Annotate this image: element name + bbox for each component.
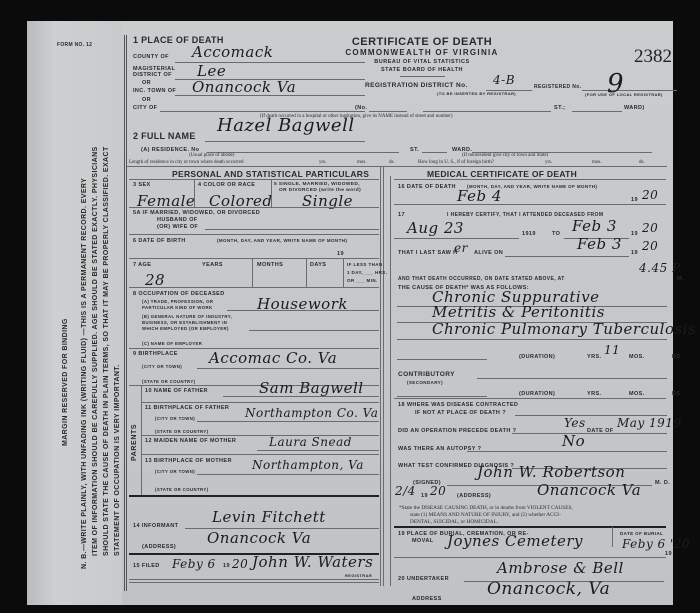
time-of-death: 4.45 P.: [639, 261, 683, 275]
rule: [394, 557, 666, 558]
secondary-label: (SECONDARY): [407, 380, 443, 385]
contracted-label: 18 WHERE WAS DISEASE CONTRACTED: [398, 402, 518, 408]
father-birthplace-label: 11 BIRTHPLACE OF FATHER: [145, 405, 229, 411]
certificate-number: 2382: [634, 46, 672, 68]
town-label: INC. TOWN OF: [133, 88, 176, 94]
sign-year: 20: [430, 484, 446, 498]
alive-on-label: ALIVE ON: [474, 250, 503, 256]
occ-c-label: (C) NAME OF EMPLOYER: [142, 341, 202, 346]
burial-place: Joynes Cemetery: [447, 532, 583, 550]
md-label: M. D.: [655, 480, 670, 486]
min-label: OR ___ MIN.: [347, 278, 378, 283]
board-name: STATE BOARD OF HEALTH: [347, 67, 497, 73]
rule: [129, 234, 379, 235]
race-label: 4 COLOR OR RACE: [198, 182, 255, 188]
wife-label: (OR) WIFE OF: [157, 224, 198, 230]
registered-note: (FOR USE OF LOCAL REGISTRAR): [585, 92, 663, 97]
duration-months: 11: [604, 343, 620, 357]
rule: [141, 402, 379, 403]
last-saw-label: THAT I LAST SAW H: [398, 250, 458, 256]
rule: [394, 204, 666, 205]
mother-value: Laura Snead: [269, 435, 352, 449]
rule: [612, 527, 613, 547]
city-line: [160, 111, 365, 112]
spouse-label: 5A IF MARRIED, WIDOWED, OR DIVORCED: [133, 210, 260, 216]
physician-signature: John W. Robertson: [477, 463, 625, 481]
city-town-label: (CITY OR TOWN): [155, 416, 195, 421]
margin-note-line1: N. B.—WRITE PLAINLY, WITH UNFADING INK (…: [80, 29, 91, 569]
occ-a-label2: PARTICULAR KIND OF WORK: [142, 305, 212, 310]
marital-label: 5 SINGLE, MARRIED, WIDOWED,: [274, 182, 360, 187]
column-divider: [380, 166, 381, 586]
margin-binding-note: MARGIN RESERVED FOR BINDING: [61, 318, 72, 446]
city-town-label: (CITY OR TOWN): [142, 364, 182, 369]
registrar-signature: John W. Waters: [252, 553, 373, 571]
occ-b-label: (B) GENERAL NATURE OF INDUSTRY,: [142, 314, 232, 319]
or-text: OR: [142, 97, 151, 103]
us-yrs-label: yrs.: [545, 160, 552, 165]
undertaker-address-label: ADDRESS: [412, 596, 442, 602]
informant-address-label: (ADDRESS): [142, 544, 176, 550]
length-residence-label: Length of residence in city or town wher…: [129, 160, 244, 165]
personal-heading: PERSONAL AND STATISTICAL PARTICULARS: [172, 169, 369, 179]
street-no-line: [369, 111, 407, 112]
or-text: OR: [142, 80, 151, 86]
duration-line: [397, 359, 487, 360]
ds-label: ds.: [389, 160, 395, 165]
mother-birthplace-label: 13 BIRTHPLACE OF MOTHER: [145, 458, 232, 464]
operation-label: DID AN OPERATION PRECEDE DEATH ?: [398, 428, 516, 434]
full-name-line: [205, 141, 365, 142]
residence-st-label: ST.: [410, 147, 419, 153]
operation-date: May 1919: [617, 416, 682, 430]
duration-yrs-label: YRS.: [587, 354, 601, 360]
reg-district-value: 4-B: [493, 73, 515, 87]
last-saw-year: 20: [642, 239, 658, 253]
margin-note-line2: ITEM OF INFORMATION SHOULD BE CAREFULLY …: [91, 146, 102, 556]
state-country-label: (STATE OR COUNTRY): [155, 429, 208, 434]
city-label: CITY OF: [133, 105, 157, 111]
rule: [194, 179, 195, 207]
m-label: M.: [677, 276, 684, 282]
ward-line: [572, 111, 622, 112]
dod-year: 20: [642, 188, 658, 202]
dob-label: 6 DATE OF BIRTH: [133, 238, 186, 244]
sign-date: 2/4: [395, 484, 416, 498]
days-label: DAYS: [310, 262, 326, 268]
to-year: 20: [642, 221, 658, 235]
rule: [271, 179, 272, 207]
certificate-subtitle: COMMONWEALTH OF VIRGINIA: [332, 48, 512, 57]
hrs-label: 1 DAY, ___ HRS.: [347, 270, 387, 275]
residence-line: [207, 152, 399, 153]
rule: [129, 579, 379, 580]
dob-century: 19: [337, 251, 344, 257]
usual-place-note: (Usual place of abode): [189, 153, 234, 158]
mos-label: mos.: [357, 160, 367, 165]
rule: [394, 179, 666, 180]
occupation-value: Housework: [257, 295, 348, 313]
title-underline: [400, 76, 445, 77]
certify-number: 17: [398, 212, 405, 218]
age-label: 7 AGE: [133, 262, 151, 268]
last-saw-value: Feb 3: [577, 235, 622, 253]
county-value: Accomack: [192, 43, 273, 61]
footnote-line2: state (1) MEANS AND NATURE OF INJURY, an…: [410, 512, 561, 518]
rule: [129, 207, 379, 208]
county-label: COUNTY OF: [133, 54, 169, 60]
bureau-name: BUREAU OF VITAL STATISTICS: [347, 59, 497, 65]
duration-label: (DURATION): [519, 391, 555, 397]
months-label: MONTHS: [257, 262, 283, 268]
burial-date-label: DATE OF BURIAL: [620, 531, 663, 536]
to-label: TO: [552, 231, 560, 237]
informant-name: Levin Fitchett: [212, 508, 326, 526]
duration-mos-label: MOS.: [629, 354, 645, 360]
column-divider-right: [390, 176, 391, 586]
how-long-us-label: How long in U. S., if of foreign birth?: [418, 160, 494, 165]
years-label: YEARS: [202, 262, 223, 268]
duration-ds-label: DS.: [672, 354, 682, 360]
dod-label: 16 DATE OF DEATH: [398, 184, 456, 190]
attended-to: Feb 3: [572, 217, 617, 235]
mother-birthplace-value: Northampton, Va: [252, 458, 364, 472]
reg-district-label: REGISTRATION DISTRICT No.: [365, 82, 468, 89]
state-country-label: (STATE OR COUNTRY): [142, 379, 195, 384]
burial-label2: MOVAL: [412, 538, 433, 544]
father-label: 10 NAME OF FATHER: [145, 388, 208, 394]
last-saw-line: [505, 256, 629, 257]
cause-line3: Chronic Pulmonary Tuberculosis: [432, 320, 696, 338]
us-mos-label: mos.: [592, 160, 602, 165]
occ-b-label2: BUSINESS, OR ESTABLISHMENT IN: [142, 320, 227, 325]
rule: [394, 526, 666, 528]
reg-district-note: (TO BE INSERTED BY REGISTRAR): [437, 91, 516, 96]
father-value: Sam Bagwell: [259, 379, 364, 397]
duration-label: (DURATION): [519, 354, 555, 360]
parents-label: PARENTS: [130, 424, 141, 461]
physician-address-label: (ADDRESS): [457, 493, 491, 499]
to-year-prefix: 19: [631, 231, 638, 237]
registrar-label: REGISTRAR: [345, 573, 372, 578]
duration-mos-label: MOS.: [629, 391, 645, 397]
margin-note-line3: SHOULD STATE THE CAUSE OF DEATH IN PLAIN…: [102, 146, 113, 556]
street-line: [423, 111, 551, 112]
street-label: ST.;: [554, 105, 565, 111]
street-no-label: (No.: [355, 105, 367, 111]
mother-label: 12 MAIDEN NAME OF MOTHER: [145, 438, 236, 444]
duration-yrs-label: YRS.: [587, 391, 601, 397]
margin-note-line4: STATEMENT OF OCCUPATION IS VERY IMPORTAN…: [113, 364, 124, 556]
district-label: DISTRICT OF: [133, 72, 172, 78]
employer-line: [249, 330, 379, 331]
birthplace-line: [197, 368, 379, 369]
spouse-line: [205, 229, 379, 230]
from-line: [394, 238, 519, 239]
operation-line: [512, 433, 667, 434]
contributory-label: CONTRIBUTORY: [398, 371, 455, 378]
mother-birthplace-line: [197, 474, 379, 475]
sign-year-prefix: 19: [421, 493, 428, 499]
filed-date: Feby 6: [172, 557, 216, 571]
rule: [394, 398, 666, 399]
nonresident-note: (If nonresident give city or town and St…: [462, 153, 548, 158]
town-value: Onancock Va: [192, 78, 296, 96]
duration-ds-label: DS.: [672, 391, 682, 397]
occ-a-label: (A) TRADE, PROFESSION, OR: [142, 299, 213, 304]
undertaker-value: Ambrose & Bell: [497, 559, 624, 577]
footnote-line3: DENTAL, SUICIDAL, or HOMICIDAL.: [410, 519, 498, 525]
duration-line: [397, 396, 487, 397]
rule: [129, 258, 379, 259]
full-name-value: Hazel Bagwell: [217, 115, 355, 136]
death-certificate: FORM NO. 12 MARGIN RESERVED FOR BINDING …: [27, 21, 673, 605]
father-birthplace-value: Northampton Co. Va: [245, 406, 378, 420]
cause-line: [397, 339, 667, 340]
attended-from: Aug 23: [407, 219, 464, 237]
undertaker-address: Onancock, Va: [487, 579, 610, 599]
state-country-label: (STATE OR COUNTRY): [155, 487, 208, 492]
father-birthplace-line: [197, 421, 379, 422]
residence-st-line: [422, 152, 447, 153]
attended-from-year: 1919: [522, 231, 536, 237]
dod-value: Feb 4: [457, 187, 502, 205]
rule: [129, 287, 379, 288]
birthplace-label: 9 BIRTHPLACE: [133, 351, 178, 357]
certificate-title: CERTIFICATE OF DEATH: [347, 36, 497, 48]
filed-year-prefix: 19: [223, 563, 230, 569]
last-saw-pronoun: er: [454, 241, 468, 255]
autopsy-value: No: [562, 432, 585, 450]
full-name-label: 2 FULL NAME: [133, 131, 196, 141]
birthplace-value: Accomac Co. Va: [209, 349, 337, 367]
us-ds-label: ds.: [639, 160, 645, 165]
informant-address: Onancock Va: [207, 529, 311, 547]
contributory-line: [477, 378, 667, 379]
dob-note: (MONTH, DAY, AND YEAR, WRITE NAME OF MON…: [217, 238, 347, 243]
mother-line: [257, 450, 379, 451]
filed-label: 15 FILED: [133, 563, 160, 569]
burial-date: Feby 6 '20: [622, 537, 690, 551]
city-town-label: (CITY OR TOWN): [155, 469, 195, 474]
filed-year: 20: [232, 557, 248, 571]
rule: [129, 495, 379, 497]
burial-year-prefix: 19: [665, 551, 672, 557]
rule: [141, 454, 379, 455]
last-saw-year-prefix: 19: [631, 250, 638, 256]
rule: [129, 179, 379, 180]
informant-label: 14 INFORMANT: [133, 523, 178, 529]
less-than-label: IF LESS THAN: [347, 262, 383, 267]
operation-value: Yes: [564, 416, 586, 430]
column-divider-inner: [383, 166, 384, 586]
dod-year-prefix: 19: [631, 197, 638, 203]
cause-line2: Metritis & Peritonitis: [432, 303, 605, 321]
undertaker-label: 20 UNDERTAKER: [398, 576, 449, 582]
yrs-label: yrs.: [319, 160, 326, 165]
occ-b-label3: WHICH EMPLOYED (OR EMPLOYER): [142, 326, 229, 331]
rule: [306, 258, 307, 287]
registered-line: [582, 90, 677, 91]
occupation-label: 8 OCCUPATION OF DECEASED: [133, 291, 225, 297]
margin-divider-inner: [126, 35, 127, 591]
husband-label: HUSBAND OF: [157, 217, 198, 223]
physician-address: Onancock Va: [537, 481, 641, 499]
rule: [129, 582, 379, 583]
contracted-label2: IF NOT AT PLACE OF DEATH ?: [415, 410, 506, 416]
rule: [252, 258, 253, 287]
sex-label: 3 SEX: [133, 182, 151, 188]
death-occurred-label: AND THAT DEATH OCCURRED, ON DATE STATED …: [398, 276, 565, 282]
rule: [343, 258, 344, 287]
registered-label: REGISTERED No.: [534, 84, 582, 90]
binding-margin: FORM NO. 12 MARGIN RESERVED FOR BINDING …: [27, 21, 122, 605]
ward-label: WARD): [624, 105, 645, 111]
medical-heading: MEDICAL CERTIFICATE OF DEATH: [427, 169, 577, 179]
autopsy-line: [467, 451, 667, 452]
section-top-rule: [127, 166, 667, 167]
margin-divider: [124, 35, 125, 591]
footnote-line1: *State the DISEASE CAUSING DEATH, or in …: [399, 505, 573, 511]
